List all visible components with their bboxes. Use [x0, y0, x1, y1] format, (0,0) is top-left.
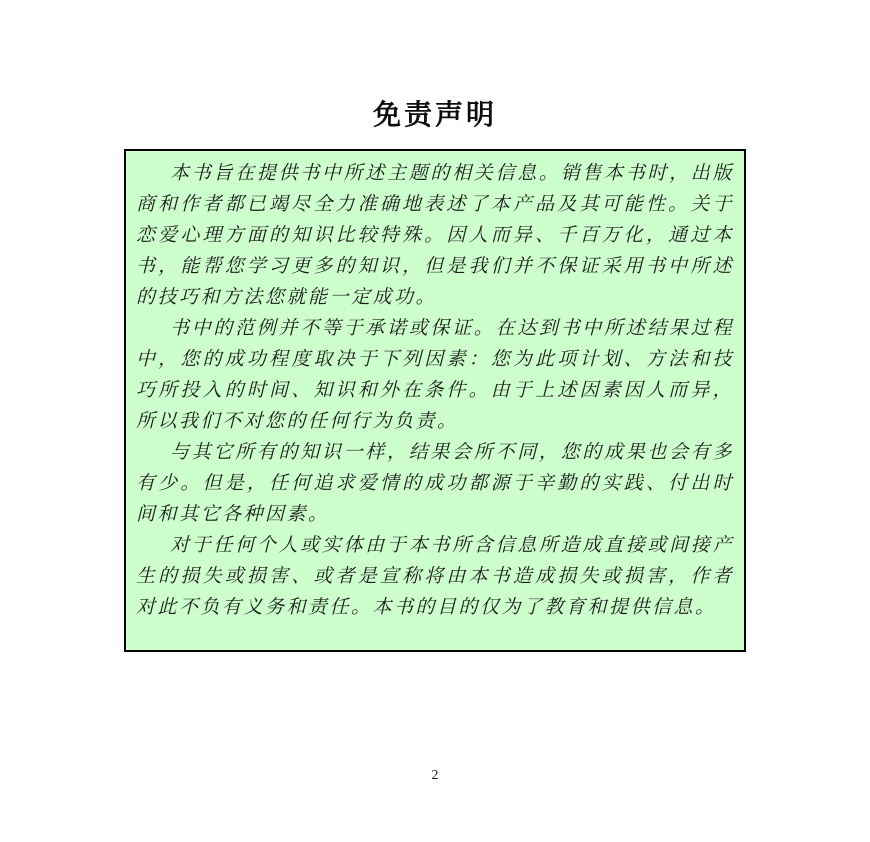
- disclaimer-paragraph-3: 与其它所有的知识一样，结果会所不同，您的成果也会有多有少。但是，任何追求爱情的成…: [136, 437, 734, 530]
- page-number: 2: [0, 768, 870, 784]
- document-page: 免责声明 本书旨在提供书中所述主题的相关信息。销售本书时，出版商和作者都已竭尽全…: [0, 0, 870, 842]
- disclaimer-paragraph-4: 对于任何个人或实体由于本书所含信息所造成直接或间接产生的损失或损害、或者是宣称将…: [136, 530, 734, 623]
- disclaimer-paragraph-1: 本书旨在提供书中所述主题的相关信息。销售本书时，出版商和作者都已竭尽全力准确地表…: [136, 158, 734, 313]
- disclaimer-paragraph-2: 书中的范例并不等于承诺或保证。在达到书中所述结果过程中，您的成功程度取决于下列因…: [136, 313, 734, 437]
- disclaimer-box: 本书旨在提供书中所述主题的相关信息。销售本书时，出版商和作者都已竭尽全力准确地表…: [124, 149, 746, 652]
- page-title: 免责声明: [0, 98, 870, 132]
